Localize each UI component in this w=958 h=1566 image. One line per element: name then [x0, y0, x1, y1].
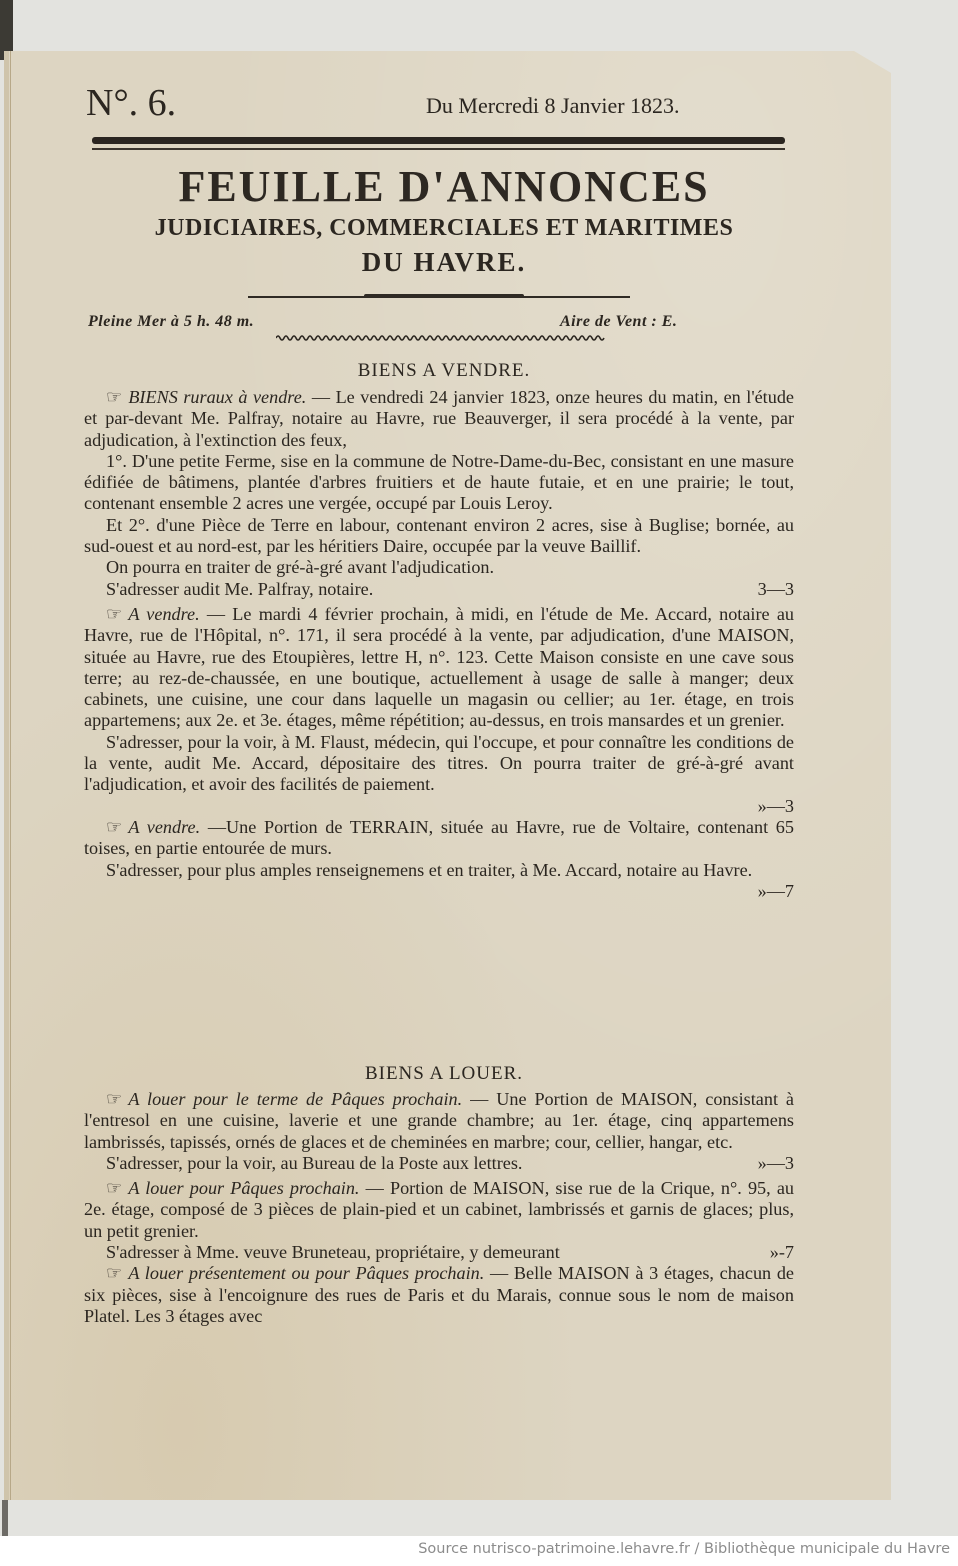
issue-number: N°. 6.: [86, 81, 176, 125]
notice-text: S'adresser audit Me. Palfray, notaire.: [106, 579, 373, 599]
notice-text: 1°. D'une petite Ferme, sise en la commu…: [84, 451, 794, 515]
notice-lead: A louer pour le terme de Pâques prochain…: [128, 1089, 462, 1109]
issue-date: Du Mercredi 8 Janvier 1823.: [426, 93, 680, 119]
notice-lead: A louer présentement ou pour Pâques proc…: [128, 1263, 484, 1283]
pointing-hand-icon: ☞: [106, 604, 122, 624]
section-for-sale: ☞BIENS ruraux à vendre. — Le vendredi 24…: [84, 387, 794, 902]
notice-reference: »—3: [758, 796, 794, 816]
section-for-rent: ☞A louer pour le terme de Pâques prochai…: [84, 1089, 794, 1327]
notice: ☞A louer présentement ou pour Pâques pro…: [84, 1263, 794, 1327]
header-rule-thick: [92, 137, 785, 144]
notice: ☞BIENS ruraux à vendre. — Le vendredi 24…: [84, 387, 794, 600]
notice-lead: BIENS ruraux à vendre.: [128, 387, 306, 407]
pointing-hand-icon: ☞: [106, 387, 122, 407]
notice: ☞A louer pour Pâques prochain. — Portion…: [84, 1178, 794, 1263]
wind-direction-info: Aire de Vent : E.: [560, 313, 677, 331]
notice-reference: »—3: [736, 1153, 794, 1174]
source-caption: Source nutrisco-patrimoine.lehavre.fr / …: [418, 1541, 950, 1557]
section-heading-for-rent: BIENS A LOUER.: [84, 1063, 804, 1085]
section-heading-for-sale: BIENS A VENDRE.: [84, 360, 804, 382]
notice-lead: A louer pour Pâques prochain.: [128, 1178, 359, 1198]
newspaper-page: N°. 6. Du Mercredi 8 Janvier 1823. FEUIL…: [4, 51, 891, 1500]
notice-lead: A vendre.: [128, 817, 200, 837]
masthead-title: FEUILLE D'ANNONCES: [124, 161, 764, 212]
high-tide-info: Pleine Mer à 5 h. 48 m.: [88, 313, 254, 331]
notice-text: Et 2°. d'une Pièce de Terre en labour, c…: [84, 515, 794, 558]
notice-text: On pourra en traiter de gré-à-gré avant …: [84, 557, 794, 578]
notice: ☞A vendre. —Une Portion de TERRAIN, situ…: [84, 817, 794, 902]
header-rule-thin: [92, 148, 785, 150]
masthead-rule-swell: [364, 294, 524, 298]
masthead-city: DU HAVRE.: [124, 247, 764, 278]
notice-text: S'adresser, pour plus amples renseigneme…: [84, 860, 794, 881]
book-spine-edge: [2, 1500, 8, 1536]
notice-lead: A vendre.: [128, 604, 199, 624]
notice-reference: »—7: [758, 881, 794, 901]
notice: ☞A vendre. — Le mardi 4 février prochain…: [84, 604, 794, 817]
notice-text: S'adresser, pour la voir, à M. Flaust, m…: [84, 732, 794, 796]
wavy-divider: [276, 334, 606, 342]
notice-text: S'adresser à Mme. veuve Bruneteau, propr…: [106, 1242, 560, 1262]
masthead-subtitle: JUDICIAIRES, COMMERCIALES ET MARITIMES: [84, 215, 804, 242]
notice: ☞A louer pour le terme de Pâques prochai…: [84, 1089, 794, 1174]
pointing-hand-icon: ☞: [106, 817, 122, 837]
gutter-fold: [10, 51, 11, 1500]
source-caption-bar: Source nutrisco-patrimoine.lehavre.fr / …: [0, 1536, 958, 1566]
pointing-hand-icon: ☞: [106, 1089, 122, 1109]
notice-reference: »-7: [748, 1242, 794, 1263]
pointing-hand-icon: ☞: [106, 1263, 122, 1283]
notice-text: S'adresser, pour la voir, au Bureau de l…: [106, 1153, 522, 1173]
notice-reference: 3—3: [736, 579, 794, 600]
pointing-hand-icon: ☞: [106, 1178, 122, 1198]
